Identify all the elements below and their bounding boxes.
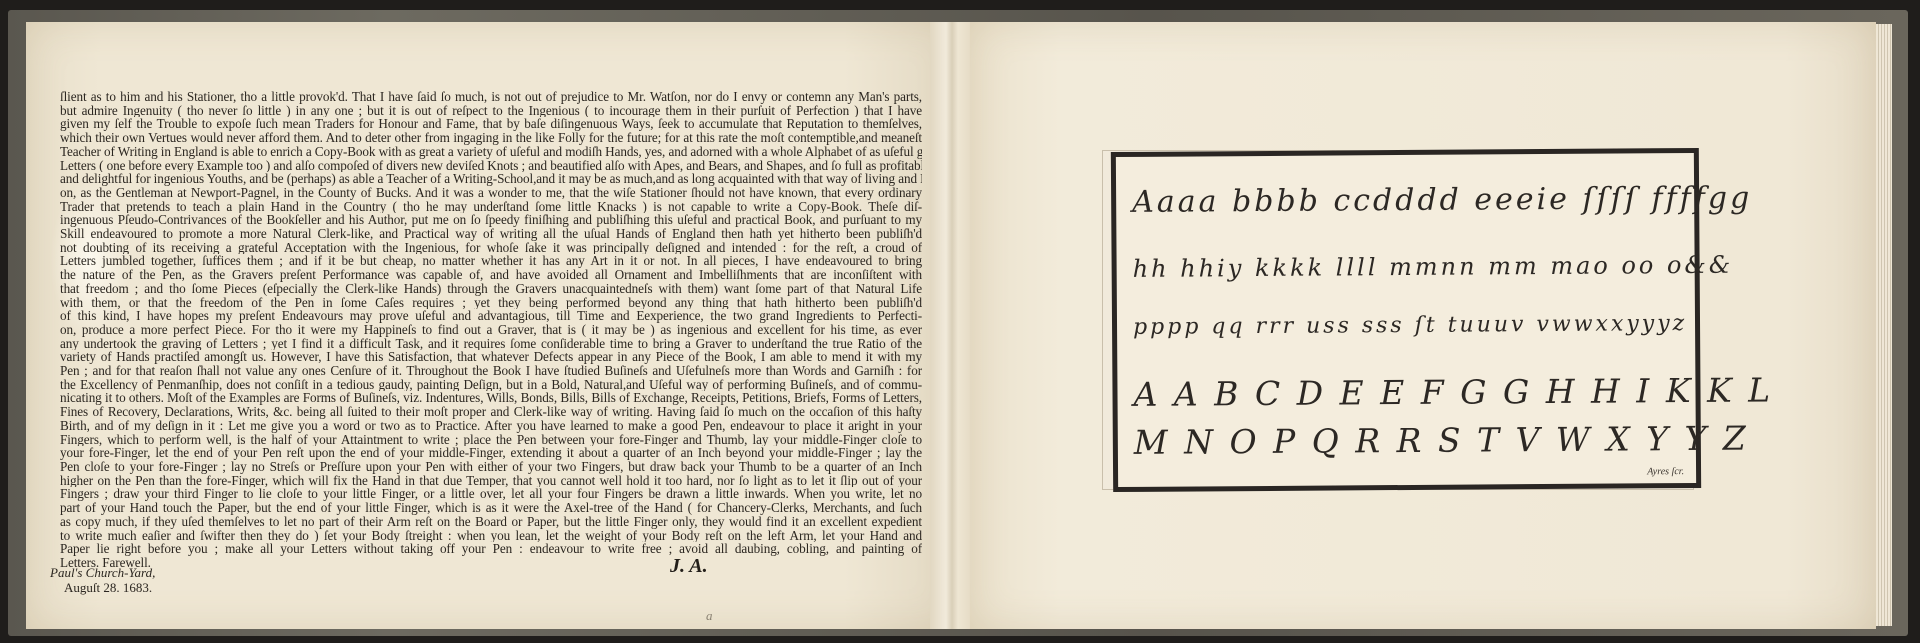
preface-text: ſlient as to him and his Stationer, tho … [60,90,922,570]
text-line: Fines of Recovery, Declarations, Writs, … [60,405,922,419]
text-line: that freedom ; and tho ſome Pieces (eſpe… [60,282,922,296]
text-line: and delightful for ingenious Youths, and… [60,172,922,186]
text-line: but admire Ingenuity ( tho never ſo litt… [60,104,922,118]
date-of-writing: Auguſt 28. 1683. [64,580,152,596]
text-line: on, as the Gentleman at Newport-Pagnel, … [60,186,922,200]
text-line: Trader that pretends to teach a plain Ha… [60,200,922,214]
text-line: your fore-Finger, let the end of your Pe… [60,446,922,460]
alphabet-row-capitals-2: M N O P Q R R S T V W X Y Y Z [1134,419,1682,462]
text-line: any undertook the graving of Letters ; y… [60,337,922,351]
text-line: Skill endeavoured to promote a more Natu… [60,227,922,241]
text-line: which their own Vertues would never affo… [60,131,922,145]
text-line: ingenuous Pſeudo-Contrivances of the Boo… [60,213,922,227]
text-line: nicating it to others. Moſt of the Examp… [60,391,922,405]
text-line: with them, or that the freedom of the Pe… [60,296,922,310]
text-line-farewell: Letters. Farewell. [60,556,922,570]
alphabet-row-capitals-1: A A B C D E E F G G H H I K K L [1133,371,1681,414]
text-line: Fingers ; draw your third Finger to lie … [60,487,922,501]
text-line: of this kind, I have hopes my preſent En… [60,309,922,323]
text-line: Teacher of Writing in England is able to… [60,145,922,159]
calligraphy-alphabet-plate: Aaaa bbbb ccdddd eeeie ſſſſ ffffgg hh hh… [1111,148,1701,492]
author-initials: J. A. [670,555,708,578]
text-line: as copy much, if they uſed themſelves to… [60,515,922,529]
text-line: given my ſelf the Trouble to expoſe ſuch… [60,117,922,131]
alphabet-row-lowercase-2: hh hhiy kkkk llll mmnn mm mao oo o&& [1133,251,1681,283]
text-line: to write much eaſier and ſwifter then th… [60,529,922,543]
book-gutter [930,22,970,629]
text-line: Pen cloſe to your fore-Finger ; lay no S… [60,460,922,474]
text-line: higher on the Pen than the fore-Finger, … [60,474,922,488]
alphabet-row-lowercase-3: pppp qq rrr uss sss ſt tuuuv vwwxxyyyz [1133,311,1681,340]
text-line: Paper lie right before you ; make all yo… [60,542,922,556]
text-line: part of your Hand touch the Paper, but t… [60,501,922,515]
text-line: the nature of the Pen, as the Gravers pr… [60,268,922,282]
text-line: Fingers, which to perform well, is the h… [60,433,922,447]
alphabet-row-lowercase-1: Aaaa bbbb ccdddd eeeie ſſſſ ffffgg [1132,181,1680,220]
page-edges [1876,24,1892,626]
text-line: Letters ( one before every Example too )… [60,159,922,173]
engraver-credit: Ayres ſcr. [1647,466,1684,477]
text-line: Pen ; and for that reaſon ſhall not valu… [60,364,922,378]
text-line: the Excellency of Penmanſhip, does not c… [60,378,922,392]
text-line: ſlient as to him and his Stationer, tho … [60,90,922,104]
text-line: not doubting of its receiving a grateful… [60,241,922,255]
text-line: Birth, and of my deſign in it : Let me g… [60,419,922,433]
text-line: variety of Hands practiſed amongſt us. H… [60,350,922,364]
text-line: Letters jumbled together, ſuffices them … [60,254,922,268]
text-line: on, produce a more perfect Piece. For th… [60,323,922,337]
signature-mark: a [706,608,713,624]
place-of-writing: Paul's Church-Yard, [50,565,155,581]
